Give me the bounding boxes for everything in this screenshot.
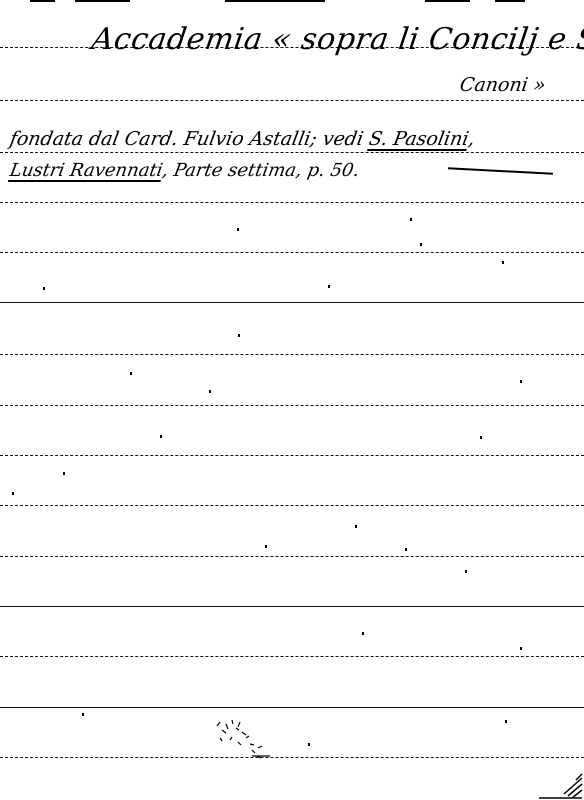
ruled-line: [0, 152, 584, 153]
scan-speck: [502, 261, 504, 264]
ruled-line: [0, 252, 584, 253]
book-title-reference: Lustri Ravennati: [8, 160, 164, 181]
ruled-line: [0, 405, 584, 406]
scan-speck: [238, 334, 240, 337]
ruled-line: [0, 757, 584, 758]
ruled-line: [0, 455, 584, 456]
ruled-line: [0, 354, 584, 355]
founding-note: fondata dal Card. Fulvio Astalli; vedi: [8, 128, 365, 150]
scan-speck: [237, 228, 239, 231]
scan-speck: [410, 218, 412, 221]
scan-speck: [505, 720, 507, 723]
ruled-line: [0, 505, 584, 506]
ruled-line: [0, 606, 584, 607]
description-line-2: Lustri Ravennati, Parte settima, p. 50.: [8, 160, 361, 181]
scan-speck: [405, 548, 407, 551]
ruled-line: [0, 302, 584, 303]
scan-speck: [355, 525, 357, 528]
ink-smudge: [212, 718, 278, 764]
scan-speck: [420, 243, 422, 246]
ruled-line: [0, 707, 584, 708]
scan-speck: [82, 713, 84, 716]
scan-speck: [465, 570, 467, 573]
scan-speck: [12, 492, 14, 495]
scan-speck: [43, 287, 45, 290]
ruled-line: [0, 100, 584, 101]
scan-speck: [362, 632, 364, 635]
scan-speck: [209, 390, 211, 393]
ruled-line: [0, 556, 584, 557]
description-line-1: fondata dal Card. Fulvio Astalli; vedi S…: [8, 128, 476, 150]
scan-speck: [160, 435, 162, 438]
scan-speck: [520, 647, 522, 650]
top-edge-marks: [0, 0, 584, 4]
ruled-line: [0, 656, 584, 657]
corner-scribble: [534, 772, 584, 800]
double-underline-mark: [448, 167, 553, 174]
card-title-continuation: Canoni »: [458, 74, 547, 96]
scan-speck: [480, 436, 482, 439]
ruled-line: [0, 202, 584, 203]
scan-speck: [63, 472, 65, 475]
scan-speck: [308, 743, 310, 746]
scan-speck: [265, 545, 267, 548]
scan-speck: [328, 285, 330, 288]
citation-detail: , Parte settima, p. 50.: [161, 160, 361, 181]
card-title: Accademia « sopra li Concilj e Sacri: [90, 22, 584, 57]
author-reference: S. Pasolini: [367, 128, 470, 150]
scan-speck: [520, 380, 522, 383]
scan-speck: [130, 372, 132, 375]
